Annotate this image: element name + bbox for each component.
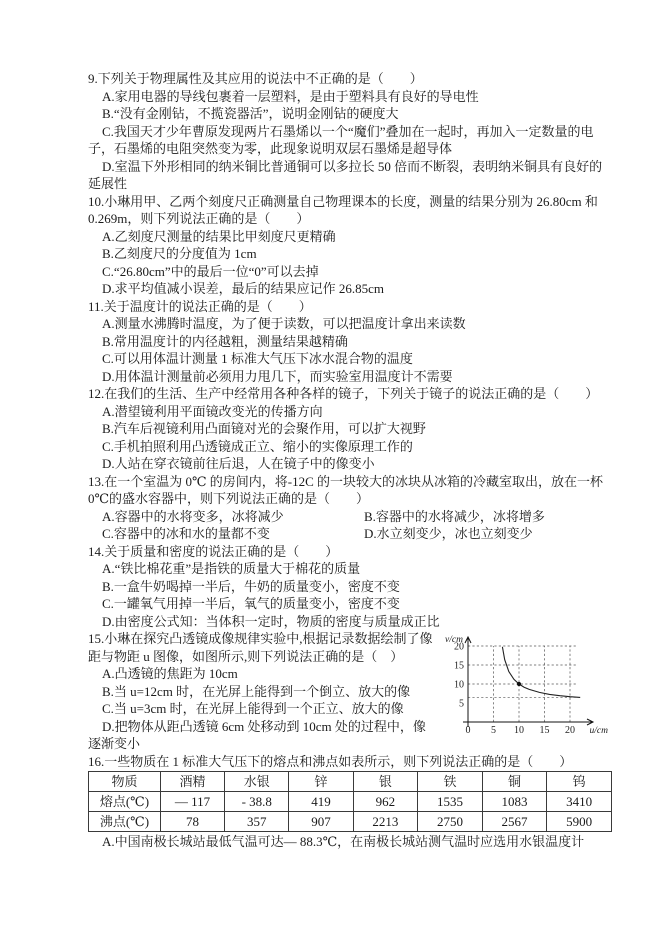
- question-10-option-D: D.求平均值减小误差，最后的结果应记作 26.85cm: [88, 280, 612, 298]
- question-11: 11.关于温度计的说法正确的是（ ）A.测量水沸腾时温度，为了便于读数，可以把温…: [88, 298, 612, 386]
- question-12-option-D: D.人站在穿衣镜前往后退，人在镜子中的像变小: [88, 455, 612, 473]
- table-cell: 2750: [418, 812, 483, 832]
- table-cell: — 117: [160, 792, 224, 812]
- question-15: 510152005101520v/cmu/cm15.小琳在探究凸透镜成像规律实验…: [88, 630, 612, 753]
- table-header-cell: 物质: [89, 772, 161, 792]
- table-header-row: 物质酒精水银锌银铁铜钨: [89, 772, 612, 792]
- y-tick-label: 5: [459, 699, 464, 710]
- question-9-option-B: B.“没有金刚钻，不揽瓷器活”，说明金刚钻的硬度大: [88, 105, 612, 123]
- table-cell: 3410: [547, 792, 612, 812]
- y-tick-label: 10: [454, 680, 464, 691]
- question-11-stem: 11.关于温度计的说法正确的是（ ）: [88, 298, 612, 316]
- table-cell: 907: [289, 812, 353, 832]
- table-cell: 2213: [353, 812, 418, 832]
- question-13: 13.在一个室温为 0℃ 的房间内，将-12C 的一块较大的冰块从冰箱的冷藏室取…: [88, 473, 612, 543]
- y-tick-label: 15: [454, 661, 464, 672]
- melting-boiling-table: 物质酒精水银锌银铁铜钨熔点(℃)— 117- 38.84199621535108…: [88, 771, 612, 832]
- question-12-option-B: B.汽车后视镜利用凸面镜对光的会聚作用，可以扩大视野: [88, 420, 612, 438]
- table-cell: 1083: [482, 792, 547, 812]
- question-9-stem: 9.下列关于物理属性及其应用的说法中不正确的是（ ）: [88, 70, 612, 88]
- question-9: 9.下列关于物理属性及其应用的说法中不正确的是（ ）A.家用电器的导线包裹着一层…: [88, 70, 612, 193]
- question-16-stem: 16.一些物质在 1 标准大气压下的熔点和沸点如表所示，则下列说法正确的是（ ）: [88, 753, 612, 771]
- x-axis-label: u/cm: [590, 726, 609, 736]
- question-10: 10.小琳用甲、乙两个刻度尺正确测量自己物理课本的长度，测量的结果分别为 26.…: [88, 193, 612, 298]
- table-cell: 962: [353, 792, 418, 812]
- table-header-cell: 水银: [225, 772, 289, 792]
- question-11-option-C: C.可以用体温计测量 1 标准大气压下冰水混合物的温度: [88, 350, 612, 368]
- table-cell: 357: [225, 812, 289, 832]
- question-14-option-D: D.由密度公式知：当体积一定时，物质的密度与质量成正比: [88, 613, 612, 631]
- question-14-option-A: A.“铁比棉花重”是指铁的质量大于棉花的质量: [88, 560, 612, 578]
- question-13-stem: 13.在一个室温为 0℃ 的房间内，将-12C 的一块较大的冰块从冰箱的冷藏室取…: [88, 473, 612, 508]
- question-14-option-C: C.一罐氧气用掉一半后，氧气的质量变小，密度不变: [88, 595, 612, 613]
- question-12-option-C: C.手机拍照利用凸透镜成正立、缩小的实像原理工作的: [88, 438, 612, 456]
- question-10-option-B: B.乙刻度尺的分度值为 1cm: [88, 245, 612, 263]
- option-row: A.容器中的水将变多，冰将减少B.容器中的水将减少，冰将增多: [88, 508, 612, 526]
- table-cell: 沸点(℃): [89, 812, 161, 832]
- y-axis-label: v/cm: [445, 635, 463, 645]
- question-10-option-A: A.乙刻度尺测量的结果比甲刻度尺更精确: [88, 228, 612, 246]
- question-9-option-D: D.室温下外形相同的纳米铜比普通铜可以多拉长 50 倍而不断裂，表明纳米铜具有良…: [88, 158, 612, 193]
- question-12-stem: 12.在我们的生活、生产中经常用各种各样的镜子，下列关于镜子的说法正确的是（ ）: [88, 385, 612, 403]
- table-header-cell: 酒精: [160, 772, 224, 792]
- question-9-option-C: C.我国天才少年曹原发现两片石墨烯以一个“魔们”叠加在一起时，再加入一定数量的电…: [88, 123, 612, 158]
- exam-page: 9.下列关于物理属性及其应用的说法中不正确的是（ ）A.家用电器的导线包裹着一层…: [0, 0, 661, 935]
- questions-container: 9.下列关于物理属性及其应用的说法中不正确的是（ ）A.家用电器的导线包裹着一层…: [88, 70, 612, 851]
- question-9-option-A: A.家用电器的导线包裹着一层塑料，是由于塑料具有良好的导电性: [88, 88, 612, 106]
- table-cell: 1535: [418, 792, 483, 812]
- x-tick-label: 20: [565, 725, 575, 736]
- table-row: 熔点(℃)— 117- 38.8419962153510833410: [89, 792, 612, 812]
- marked-point: [517, 682, 521, 686]
- question-13-option-B: B.容器中的水将减少，冰将增多: [350, 508, 612, 526]
- x-tick-label: 5: [491, 725, 496, 736]
- x-tick-label: 15: [540, 725, 550, 736]
- question-12: 12.在我们的生活、生产中经常用各种各样的镜子，下列关于镜子的说法正确的是（ ）…: [88, 385, 612, 473]
- question-16-option-A: A.中国南极长城站最低气温可达— 88.3℃，在南极长城站测气温时应选用水银温度…: [88, 833, 612, 851]
- question-11-option-D: D.用体温计测量前必须用力甩几下，而实验室用温度计不需要: [88, 368, 612, 386]
- question-11-option-A: A.测量水沸腾时温度，为了便于读数，可以把温度计拿出来读数: [88, 315, 612, 333]
- table-header-cell: 铁: [418, 772, 483, 792]
- question-14-option-B: B.一盒牛奶喝掉一半后，牛奶的质量变小，密度不变: [88, 578, 612, 596]
- table-header-cell: 铜: [482, 772, 547, 792]
- question-14: 14.关于质量和密度的说法正确的是（ ）A.“铁比棉花重”是指铁的质量大于棉花的…: [88, 543, 612, 631]
- uv-curve: [502, 647, 580, 698]
- question-13-option-D: D.水立刻变少，冰也立刻变少: [350, 525, 612, 543]
- table-header-cell: 银: [353, 772, 418, 792]
- question-10-stem: 10.小琳用甲、乙两个刻度尺正确测量自己物理课本的长度，测量的结果分别为 26.…: [88, 193, 612, 228]
- table-header-cell: 锌: [289, 772, 353, 792]
- table-cell: 5900: [547, 812, 612, 832]
- question-10-option-C: C.“26.80cm”中的最后一位“0”可以去掉: [88, 263, 612, 281]
- table-row: 沸点(℃)783579072213275025675900: [89, 812, 612, 832]
- lens-uv-graph: 510152005101520v/cmu/cm: [440, 630, 612, 740]
- question-13-option-A: A.容器中的水将变多，冰将减少: [88, 508, 350, 526]
- table-cell: 熔点(℃): [89, 792, 161, 812]
- table-cell: 78: [160, 812, 224, 832]
- table-cell: 2567: [482, 812, 547, 832]
- question-16: 16.一些物质在 1 标准大气压下的熔点和沸点如表所示，则下列说法正确的是（ ）…: [88, 753, 612, 851]
- table-cell: - 38.8: [225, 792, 289, 812]
- table-header-cell: 钨: [547, 772, 612, 792]
- option-row: C.容器中的冰和水的量都不变D.水立刻变少，冰也立刻变少: [88, 525, 612, 543]
- question-11-option-B: B.常用温度计的内径越粗，测量结果越精确: [88, 333, 612, 351]
- question-14-stem: 14.关于质量和密度的说法正确的是（ ）: [88, 543, 612, 561]
- table-cell: 419: [289, 792, 353, 812]
- x-tick-label: 10: [514, 725, 524, 736]
- question-12-option-A: A.潜望镜利用平面镜改变光的传播方向: [88, 403, 612, 421]
- question-13-option-C: C.容器中的冰和水的量都不变: [88, 525, 350, 543]
- x-tick-label: 0: [466, 725, 471, 736]
